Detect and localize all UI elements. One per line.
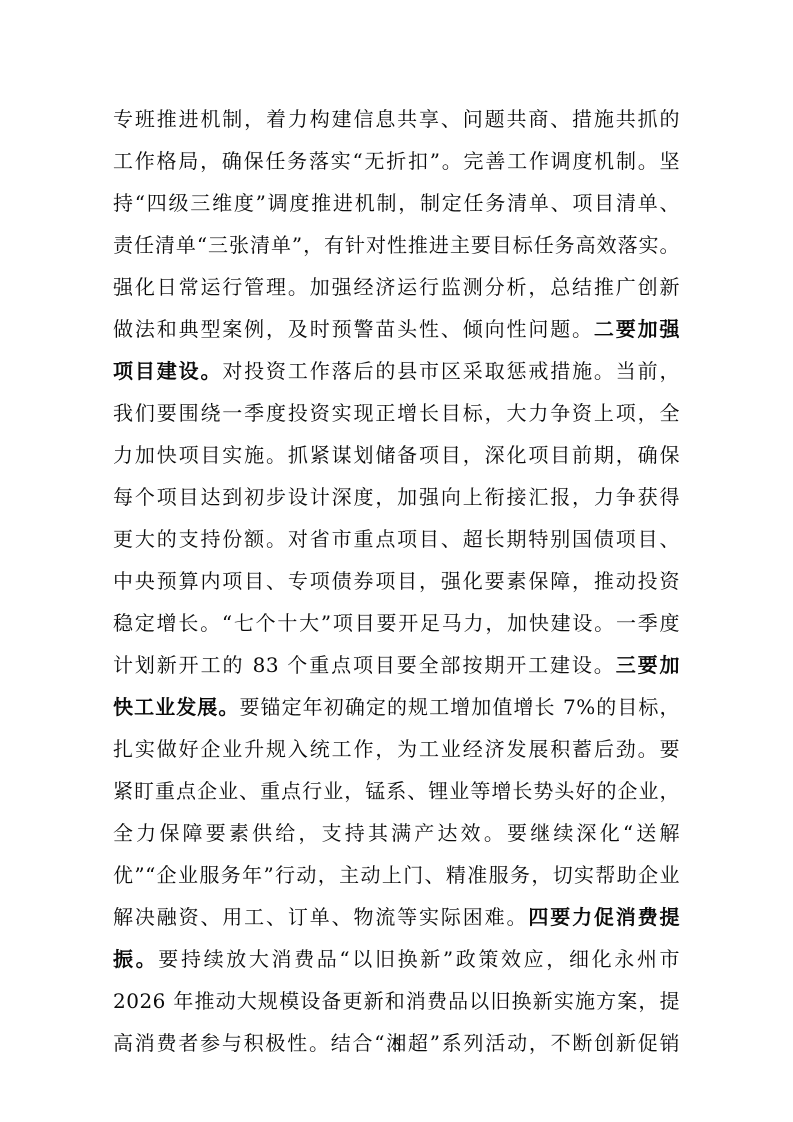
text-run: 持“四级三维度”调度推进机制，制定任务清单、项目清单、 [113, 191, 680, 215]
text-run: 要持续放大消费品“以旧换新”政策效应，细化永州市 [158, 947, 680, 971]
text-run: 全力保障要素供给，支持其满产达效。要继续深化“送解 [113, 821, 680, 845]
bold-text-run: 项目建设。 [113, 359, 222, 383]
text-run: 对投资工作落后的县市区采取惩戒措施。当前， [222, 359, 680, 383]
text-line: 稳定增长。“七个十大”项目要开足马力，加快建设。一季度 [113, 602, 680, 644]
text-line: 做法和典型案例，及时预警苗头性、倾向性问题。二要加强 [113, 308, 680, 350]
text-run: 2026 年推动大规模设备更新和消费品以旧换新实施方案，提 [113, 989, 680, 1013]
text-run: 工作格局，确保任务落实“无折扣”。完善工作调度机制。坚 [113, 149, 680, 173]
text-run: 我们要围绕一季度投资实现正增长目标，大力争资上项，全 [113, 401, 680, 425]
text-run: 紧盯重点企业、重点行业，锰系、锂业等增长势头好的企业， [113, 779, 680, 803]
text-run: 每个项目达到初步设计深度，加强向上衔接汇报，力争获得 [113, 485, 680, 509]
bold-text-run: 二要加强 [594, 317, 680, 341]
text-run: 强化日常运行管理。加强经济运行监测分析，总结推广创新 [113, 275, 680, 299]
text-line: 责任清单“三张清单”，有针对性推进主要目标任务高效落实。 [113, 224, 680, 266]
text-run: 优”“企业服务年”行动，主动上门、精准服务，切实帮助企业 [113, 863, 680, 887]
text-line: 2026 年推动大规模设备更新和消费品以旧换新实施方案，提 [113, 980, 680, 1022]
document-body: 专班推进机制，着力构建信息共享、问题共商、措施共抓的工作格局，确保任务落实“无折… [113, 98, 680, 1064]
page-number: 5 [0, 1036, 793, 1056]
text-run: 专班推进机制，着力构建信息共享、问题共商、措施共抓的 [113, 107, 680, 131]
text-line: 我们要围绕一季度投资实现正增长目标，大力争资上项，全 [113, 392, 680, 434]
bold-text-run: 快工业发展。 [113, 695, 239, 719]
text-line: 中央预算内项目、专项债券项目，强化要素保障，推动投资 [113, 560, 680, 602]
text-line: 每个项目达到初步设计深度，加强向上衔接汇报，力争获得 [113, 476, 680, 518]
text-line: 持“四级三维度”调度推进机制，制定任务清单、项目清单、 [113, 182, 680, 224]
text-line: 全力保障要素供给，支持其满产达效。要继续深化“送解 [113, 812, 680, 854]
text-run: 计划新开工的 83 个重点项目要全部按期开工建设。 [113, 653, 616, 677]
text-run: 解决融资、用工、订单、物流等实际困难。 [113, 905, 528, 929]
text-run: 责任清单“三张清单”，有针对性推进主要目标任务高效落实。 [113, 233, 680, 257]
bold-text-run: 三要加 [616, 653, 680, 677]
text-line: 解决融资、用工、订单、物流等实际困难。四要力促消费提 [113, 896, 680, 938]
text-line: 力加快项目实施。抓紧谋划储备项目，深化项目前期，确保 [113, 434, 680, 476]
text-line: 项目建设。对投资工作落后的县市区采取惩戒措施。当前， [113, 350, 680, 392]
text-line: 专班推进机制，着力构建信息共享、问题共商、措施共抓的 [113, 98, 680, 140]
bold-text-run: 四要力促消费提 [528, 905, 680, 929]
text-line: 优”“企业服务年”行动，主动上门、精准服务，切实帮助企业 [113, 854, 680, 896]
document-page: 专班推进机制，着力构建信息共享、问题共商、措施共抓的工作格局，确保任务落实“无折… [0, 0, 793, 1122]
text-line: 计划新开工的 83 个重点项目要全部按期开工建设。三要加 [113, 644, 680, 686]
text-line: 快工业发展。要锚定年初确定的规工增加值增长 7%的目标， [113, 686, 680, 728]
text-run: 做法和典型案例，及时预警苗头性、倾向性问题。 [113, 317, 594, 341]
text-line: 更大的支持份额。对省市重点项目、超长期特别国债项目、 [113, 518, 680, 560]
text-line: 工作格局，确保任务落实“无折扣”。完善工作调度机制。坚 [113, 140, 680, 182]
text-run: 更大的支持份额。对省市重点项目、超长期特别国债项目、 [113, 527, 680, 551]
text-run: 扎实做好企业升规入统工作，为工业经济发展积蓄后劲。要 [113, 737, 680, 761]
text-line: 振。要持续放大消费品“以旧换新”政策效应，细化永州市 [113, 938, 680, 980]
bold-text-run: 振。 [113, 947, 158, 971]
text-line: 紧盯重点企业、重点行业，锰系、锂业等增长势头好的企业， [113, 770, 680, 812]
text-run: 稳定增长。“七个十大”项目要开足马力，加快建设。一季度 [113, 611, 680, 635]
text-run: 力加快项目实施。抓紧谋划储备项目，深化项目前期，确保 [113, 443, 680, 467]
text-line: 强化日常运行管理。加强经济运行监测分析，总结推广创新 [113, 266, 680, 308]
text-run: 中央预算内项目、专项债券项目，强化要素保障，推动投资 [113, 569, 680, 593]
text-run: 要锚定年初确定的规工增加值增长 7%的目标， [239, 695, 680, 719]
text-line: 扎实做好企业升规入统工作，为工业经济发展积蓄后劲。要 [113, 728, 680, 770]
